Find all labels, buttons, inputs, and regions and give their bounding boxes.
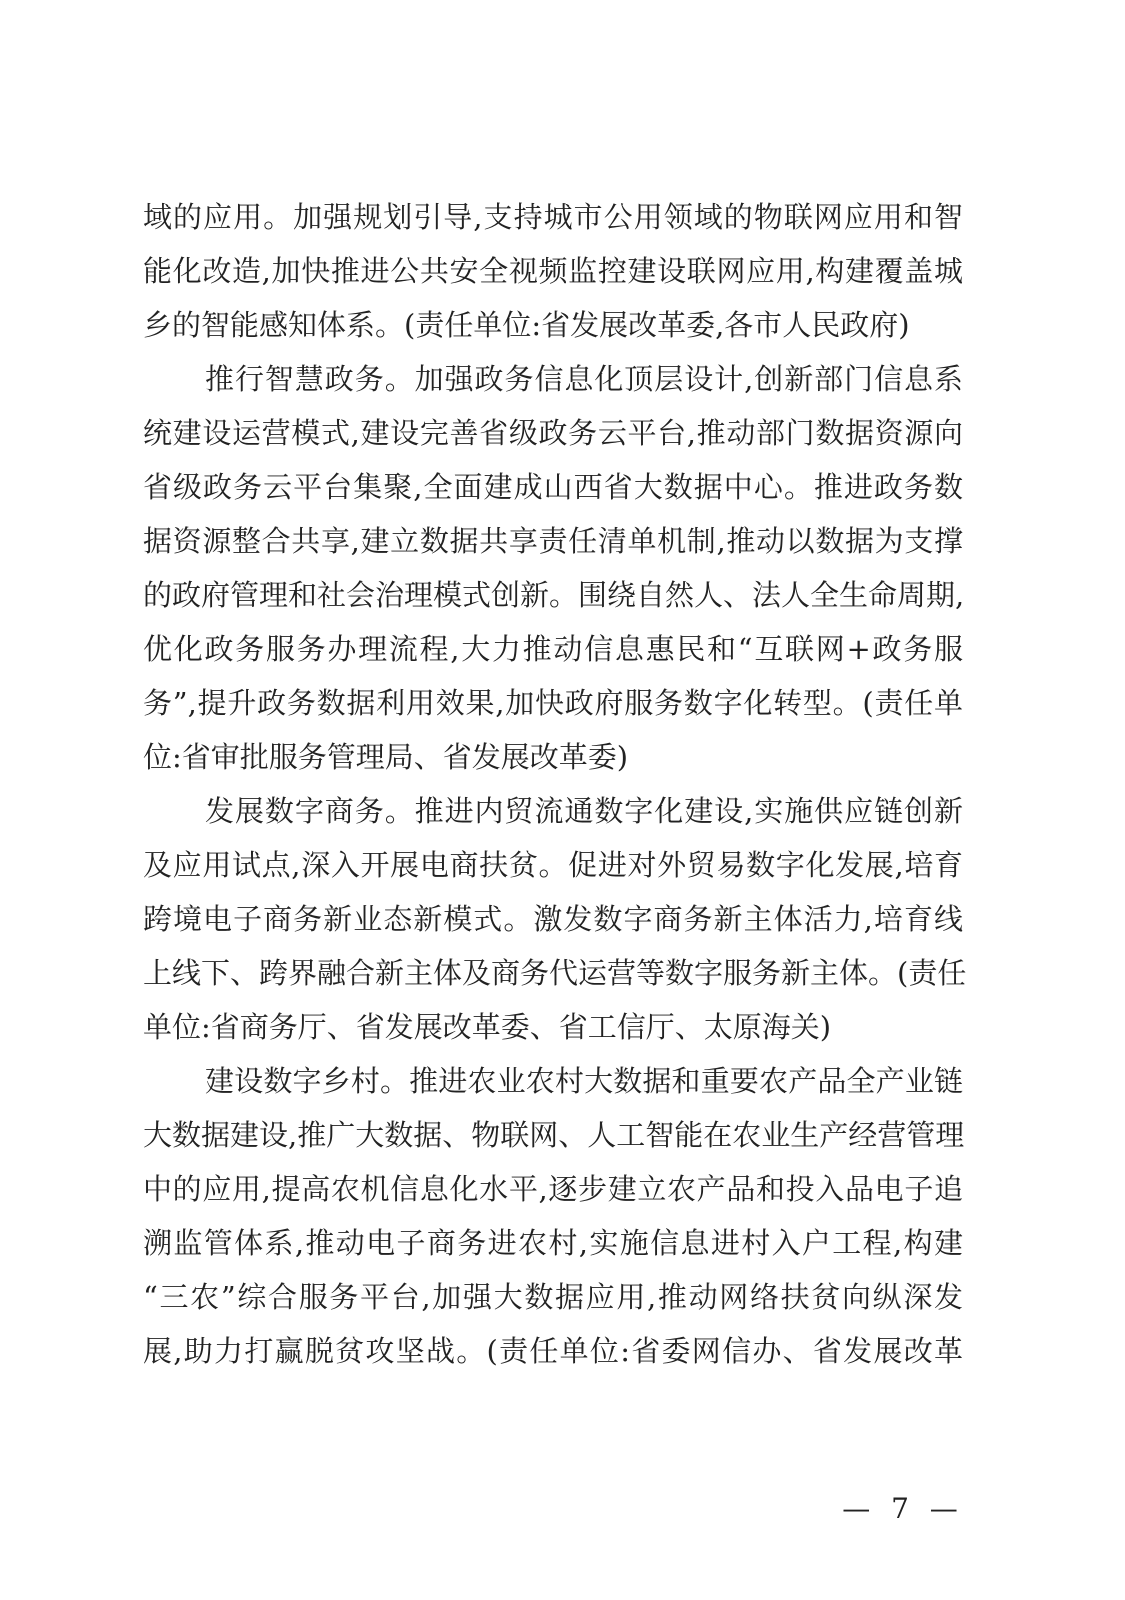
text-line: 及应用试点,深入开展电商扶贫。促进对外贸易数字化发展,培育 xyxy=(143,838,963,892)
text-line: 单位:省商务厅、省发展改革委、省工信厅、太原海关) xyxy=(143,1000,963,1054)
text-line: 乡的智能感知体系。(责任单位:省发展改革委,各市人民政府) xyxy=(143,298,963,352)
text-line: 优化政务服务办理流程,大力推动信息惠民和“互联网+政务服 xyxy=(143,622,963,676)
body-text: 域的应用。加强规划引导,支持城市公用领域的物联网应用和智 能化改造,加快推进公共… xyxy=(143,190,963,1378)
text-line: 大数据建设,推广大数据、物联网、人工智能在农业生产经营管理 xyxy=(143,1108,963,1162)
text-line: 务”,提升政务数据利用效果,加快政府服务数字化转型。(责任单 xyxy=(143,676,963,730)
page-number: — 7 — xyxy=(838,1492,968,1525)
text-line: 跨境电子商务新业态新模式。激发数字商务新主体活力,培育线 xyxy=(143,892,963,946)
text-line: 位:省审批服务管理局、省发展改革委) xyxy=(143,730,963,784)
text-line: 能化改造,加快推进公共安全视频监控建设联网应用,构建覆盖城 xyxy=(143,244,963,298)
paragraph-first-line: 建设数字乡村。推进农业农村大数据和重要农产品全产业链 xyxy=(143,1054,963,1108)
text-line: 统建设运营模式,建设完善省级政务云平台,推动部门数据资源向 xyxy=(143,406,963,460)
text-line: 中的应用,提高农机信息化水平,逐步建立农产品和投入品电子追 xyxy=(143,1162,963,1216)
text-line: 溯监管体系,推动电子商务进农村,实施信息进村入户工程,构建 xyxy=(143,1216,963,1270)
text-line: 的政府管理和社会治理模式创新。围绕自然人、法人全生命周期, xyxy=(143,568,963,622)
paragraph-first-line: 推行智慧政务。加强政务信息化顶层设计,创新部门信息系 xyxy=(143,352,963,406)
document-page: 域的应用。加强规划引导,支持城市公用领域的物联网应用和智 能化改造,加快推进公共… xyxy=(0,0,1125,1600)
text-line: 省级政务云平台集聚,全面建成山西省大数据中心。推进政务数 xyxy=(143,460,963,514)
text-line: 上线下、跨界融合新主体及商务代运营等数字服务新主体。(责任 xyxy=(143,946,963,1000)
text-line: 据资源整合共享,建立数据共享责任清单机制,推动以数据为支撑 xyxy=(143,514,963,568)
text-line: “三农”综合服务平台,加强大数据应用,推动网络扶贫向纵深发 xyxy=(143,1270,963,1324)
text-line: 域的应用。加强规划引导,支持城市公用领域的物联网应用和智 xyxy=(143,190,963,244)
paragraph-first-line: 发展数字商务。推进内贸流通数字化建设,实施供应链创新 xyxy=(143,784,963,838)
text-line: 展,助力打赢脱贫攻坚战。(责任单位:省委网信办、省发展改革 xyxy=(143,1324,963,1378)
